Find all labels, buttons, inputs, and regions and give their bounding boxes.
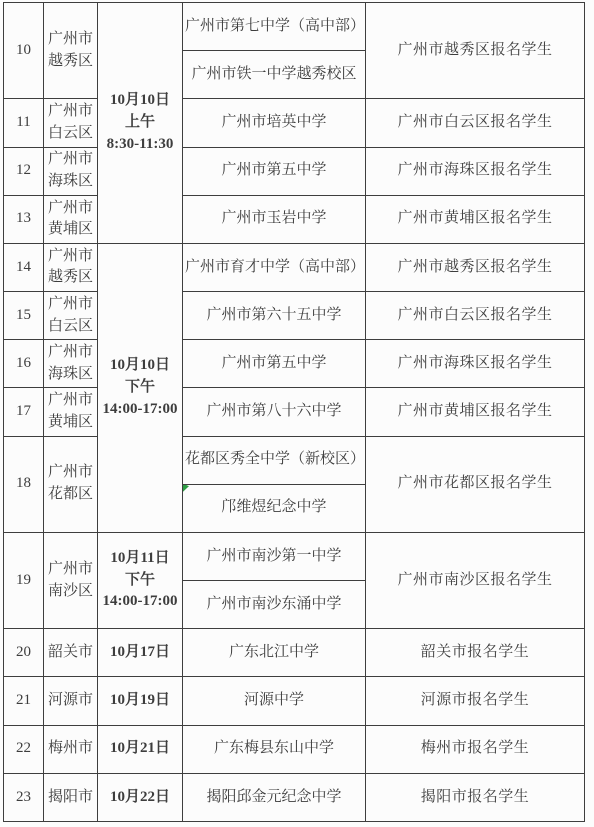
school-cell: 广东梅县东山中学 (183, 725, 366, 773)
row-number-cell: 16 (4, 340, 44, 388)
school-cell: 揭阳邱金元纪念中学 (183, 773, 366, 821)
row-number-cell: 11 (4, 99, 44, 147)
school-cell: 广州市第六十五中学 (183, 292, 366, 340)
green-corner-marker-icon (183, 484, 189, 492)
students-cell: 广州市白云区报名学生 (366, 99, 585, 147)
students-cell: 广州市越秀区报名学生 (366, 243, 585, 291)
school-cell: 广州市育才中学（高中部） (183, 243, 366, 291)
students-cell: 广州市花都区报名学生 (366, 436, 585, 532)
exam-date-cell: 10月22日 (98, 773, 183, 821)
exam-date-cell: 10月21日 (98, 725, 183, 773)
district-cell: 韶关市 (44, 629, 98, 677)
row-number-cell: 17 (4, 388, 44, 436)
school-cell: 河源中学 (183, 677, 366, 725)
district-cell: 广州市 黄埔区 (44, 388, 98, 436)
school-cell: 花都区秀全中学（新校区） (183, 436, 366, 484)
row-number-cell: 12 (4, 147, 44, 195)
district-cell: 广州市 越秀区 (44, 3, 98, 99)
school-cell: 广州市第五中学 (183, 147, 366, 195)
exam-date-cell: 10月17日 (98, 629, 183, 677)
students-cell: 广州市黄埔区报名学生 (366, 195, 585, 243)
school-cell: 广州市铁一中学越秀校区 (183, 51, 366, 99)
district-cell: 广州市 白云区 (44, 292, 98, 340)
students-cell: 广州市南沙区报名学生 (366, 532, 585, 628)
table-row: 21 河源市 10月19日 河源中学 河源市报名学生 (4, 677, 585, 725)
row-number-cell: 18 (4, 436, 44, 532)
table-row: 15 广州市 白云区 广州市第六十五中学 广州市白云区报名学生 (4, 292, 585, 340)
school-cell: 广州市第八十六中学 (183, 388, 366, 436)
row-number-cell: 10 (4, 3, 44, 99)
students-cell: 梅州市报名学生 (366, 725, 585, 773)
exam-date-cell: 10月11日 下午 14:00-17:00 (98, 532, 183, 628)
table-row: 11 广州市 白云区 广州市培英中学 广州市白云区报名学生 (4, 99, 585, 147)
students-cell: 揭阳市报名学生 (366, 773, 585, 821)
row-number-cell: 19 (4, 532, 44, 628)
exam-date-cell: 10月19日 (98, 677, 183, 725)
table-row: 18 广州市 花都区 花都区秀全中学（新校区） 广州市花都区报名学生 (4, 436, 585, 484)
school-cell: 广州市第五中学 (183, 340, 366, 388)
district-cell: 广州市 南沙区 (44, 532, 98, 628)
table-row: 16 广州市 海珠区 广州市第五中学 广州市海珠区报名学生 (4, 340, 585, 388)
table-row: 22 梅州市 10月21日 广东梅县东山中学 梅州市报名学生 (4, 725, 585, 773)
table-row: 12 广州市 海珠区 广州市第五中学 广州市海珠区报名学生 (4, 147, 585, 195)
students-cell: 广州市白云区报名学生 (366, 292, 585, 340)
school-cell: 广州市南沙第一中学 (183, 532, 366, 580)
row-number-cell: 13 (4, 195, 44, 243)
table-row: 13 广州市 黄埔区 广州市玉岩中学 广州市黄埔区报名学生 (4, 195, 585, 243)
students-cell: 河源市报名学生 (366, 677, 585, 725)
school-cell: 广州市玉岩中学 (183, 195, 366, 243)
students-cell: 广州市黄埔区报名学生 (366, 388, 585, 436)
table-row: 14 广州市 越秀区 10月10日 下午 14:00-17:00 广州市育才中学… (4, 243, 585, 291)
row-number-cell: 20 (4, 629, 44, 677)
district-cell: 广州市 越秀区 (44, 243, 98, 291)
district-cell: 广州市 黄埔区 (44, 195, 98, 243)
students-cell: 广州市海珠区报名学生 (366, 147, 585, 195)
row-number-cell: 15 (4, 292, 44, 340)
school-name: 邝维煜纪念中学 (221, 499, 326, 515)
exam-date-cell: 10月10日 下午 14:00-17:00 (98, 243, 183, 532)
row-number-cell: 23 (4, 773, 44, 821)
document-sheet: 10 广州市 越秀区 10月10日 上午 8:30-11:30 广州市第七中学（… (0, 0, 594, 827)
school-cell: 广州市第七中学（高中部） (183, 3, 366, 51)
school-cell: 广州市培英中学 (183, 99, 366, 147)
row-number-cell: 21 (4, 677, 44, 725)
row-number-cell: 14 (4, 243, 44, 291)
table-row: 20 韶关市 10月17日 广东北江中学 韶关市报名学生 (4, 629, 585, 677)
district-cell: 广州市 海珠区 (44, 340, 98, 388)
exam-schedule-table: 10 广州市 越秀区 10月10日 上午 8:30-11:30 广州市第七中学（… (3, 2, 585, 822)
school-cell: 广州市南沙东涌中学 (183, 581, 366, 629)
district-cell: 河源市 (44, 677, 98, 725)
district-cell: 广州市 白云区 (44, 99, 98, 147)
table-row: 19 广州市 南沙区 10月11日 下午 14:00-17:00 广州市南沙第一… (4, 532, 585, 580)
students-cell: 韶关市报名学生 (366, 629, 585, 677)
table-row: 17 广州市 黄埔区 广州市第八十六中学 广州市黄埔区报名学生 (4, 388, 585, 436)
table-row: 10 广州市 越秀区 10月10日 上午 8:30-11:30 广州市第七中学（… (4, 3, 585, 51)
table-row: 23 揭阳市 10月22日 揭阳邱金元纪念中学 揭阳市报名学生 (4, 773, 585, 821)
exam-date-cell: 10月10日 上午 8:30-11:30 (98, 3, 183, 244)
district-cell: 广州市 海珠区 (44, 147, 98, 195)
district-cell: 梅州市 (44, 725, 98, 773)
district-cell: 揭阳市 (44, 773, 98, 821)
students-cell: 广州市越秀区报名学生 (366, 3, 585, 99)
school-cell: 邝维煜纪念中学 (183, 484, 366, 532)
row-number-cell: 22 (4, 725, 44, 773)
students-cell: 广州市海珠区报名学生 (366, 340, 585, 388)
school-cell: 广东北江中学 (183, 629, 366, 677)
district-cell: 广州市 花都区 (44, 436, 98, 532)
